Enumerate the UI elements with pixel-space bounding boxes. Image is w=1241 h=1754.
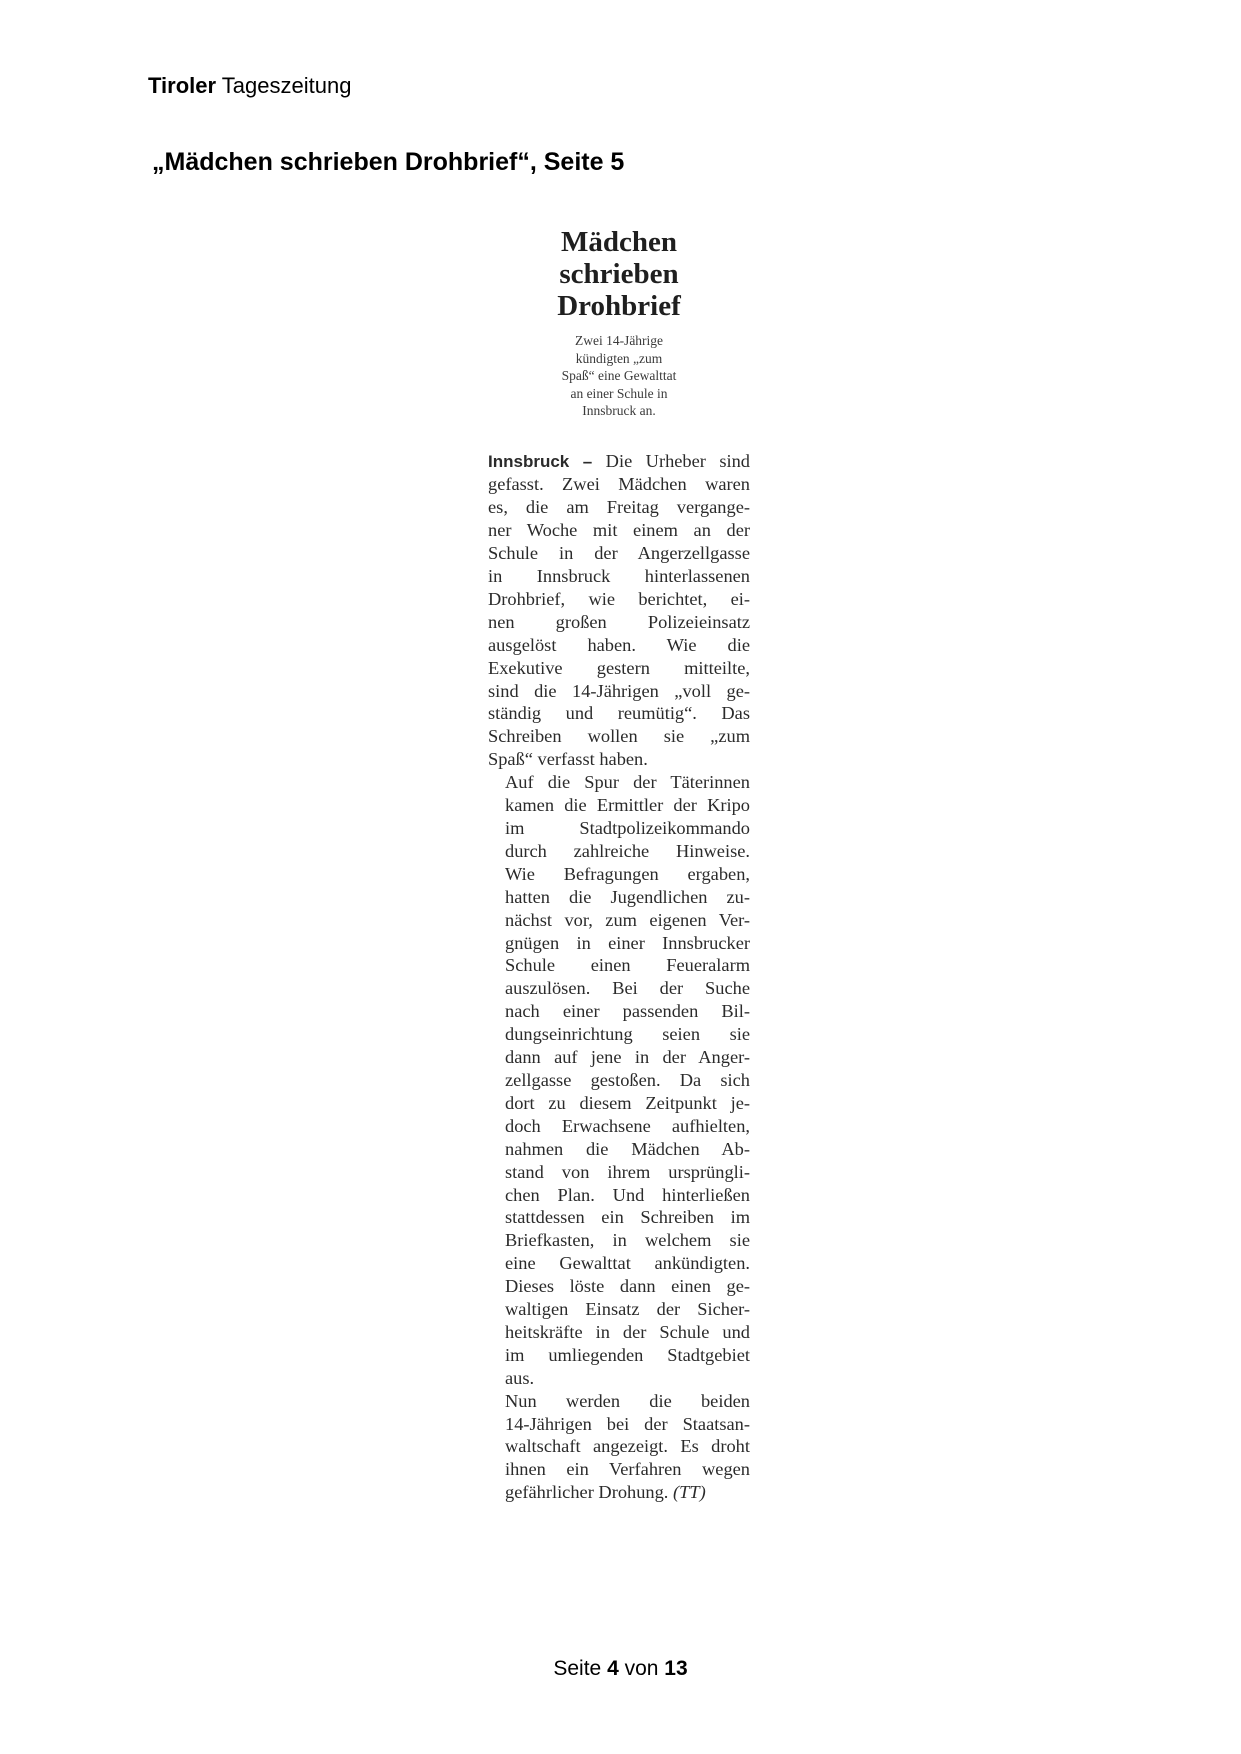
article-paragraph-3: Nun werden die beiden14-Jährigen bei der…: [488, 1390, 750, 1505]
headline-line: Drohbrief: [557, 290, 681, 322]
article-line: nach einer passenden Bil-: [488, 1000, 750, 1023]
current-page-number: 4: [607, 1657, 619, 1680]
publication-name-regular: Tageszeitung: [222, 73, 352, 98]
article-line: Schule einen Feueralarm: [488, 954, 750, 977]
article-subheadline: Zwei 14-Jährige kündigten „zum Spaß“ ein…: [544, 332, 694, 420]
article-line: nahmen die Mädchen Ab-: [488, 1138, 750, 1161]
headline-line: Mädchen: [561, 226, 677, 258]
article-line: heitskräfte in der Schule und: [488, 1321, 750, 1344]
article-line: zellgasse gestoßen. Da sich: [488, 1069, 750, 1092]
article-line: Nun werden die beiden: [488, 1390, 750, 1413]
article-line: waltigen Einsatz der Sicher-: [488, 1298, 750, 1321]
article-line: eine Gewalttat ankündigten.: [488, 1252, 750, 1275]
article-line: 14-Jährigen bei der Staatsan-: [488, 1413, 750, 1436]
article-line: hatten die Jugendlichen zu-: [488, 886, 750, 909]
article-line: ihnen ein Verfahren wegen: [488, 1458, 750, 1481]
article-line: gefährlicher Drohung. (TT): [488, 1481, 750, 1504]
article-line: dann auf jene in der Anger-: [488, 1046, 750, 1069]
article-headline: Mädchen schrieben Drohbrief: [488, 226, 750, 322]
subline-line: Innsbruck an.: [582, 403, 655, 418]
article-line: Innsbruck – Die Urheber sind: [488, 450, 750, 474]
article-line: Drohbrief, wie berichtet, ei-: [488, 588, 750, 611]
article-line: im Stadtpolizeikommando: [488, 817, 750, 840]
article-line: ner Woche mit einem an der: [488, 519, 750, 542]
article-line: durch zahlreiche Hinweise.: [488, 840, 750, 863]
page-label: Seite: [553, 1657, 601, 1680]
article-line-text: Die Urheber sind: [592, 451, 750, 471]
article-line: aus.: [488, 1367, 750, 1390]
article-paragraph-1: Innsbruck – Die Urheber sindgefasst. Zwe…: [488, 450, 750, 772]
article-line: gnügen in einer Innsbrucker: [488, 932, 750, 955]
subline-line: an einer Schule in: [570, 386, 667, 401]
article-clipping: Mädchen schrieben Drohbrief Zwei 14-Jähr…: [488, 226, 750, 1504]
article-line: sind die 14-Jährigen „voll ge-: [488, 680, 750, 703]
article-line: Briefkasten, in welchem sie: [488, 1229, 750, 1252]
article-line: ständig und reumütig“. Das: [488, 702, 750, 725]
publication-name-bold: Tiroler: [148, 73, 216, 98]
article-line: gefasst. Zwei Mädchen waren: [488, 473, 750, 496]
article-line: im umliegenden Stadtgebiet: [488, 1344, 750, 1367]
article-line: auszulösen. Bei der Suche: [488, 977, 750, 1000]
article-line: doch Erwachsene aufhielten,: [488, 1115, 750, 1138]
article-author: (TT): [673, 1482, 706, 1502]
article-line-text: gefährlicher Drohung.: [505, 1482, 673, 1502]
article-line: waltschaft angezeigt. Es droht: [488, 1435, 750, 1458]
headline-line: schrieben: [559, 258, 678, 290]
document-title: „Mädchen schrieben Drohbrief“, Seite 5: [152, 148, 624, 177]
article-line: dungseinrichtung seien sie: [488, 1023, 750, 1046]
publication-header: Tiroler Tageszeitung: [148, 73, 351, 99]
page-separator: von: [625, 1657, 659, 1680]
article-line: es, die am Freitag vergange-: [488, 496, 750, 519]
article-line: kamen die Ermittler der Kripo: [488, 794, 750, 817]
subline-line: Zwei 14-Jährige: [575, 333, 663, 348]
article-line: Wie Befragungen ergaben,: [488, 863, 750, 886]
subline-line: Spaß“ eine Gewalttat: [562, 368, 677, 383]
article-line: dort zu diesem Zeitpunkt je-: [488, 1092, 750, 1115]
article-dateline: Innsbruck –: [488, 452, 592, 471]
subline-line: kündigten „zum: [576, 351, 663, 366]
article-line: Exekutive gestern mitteilte,: [488, 657, 750, 680]
article-line: ausgelöst haben. Wie die: [488, 634, 750, 657]
article-line: Schreiben wollen sie „zum: [488, 725, 750, 748]
article-line: Spaß“ verfasst haben.: [488, 748, 750, 771]
article-line: nächst vor, zum eigenen Ver-: [488, 909, 750, 932]
article-body: Innsbruck – Die Urheber sindgefasst. Zwe…: [488, 450, 750, 1505]
article-line: nen großen Polizeieinsatz: [488, 611, 750, 634]
article-line: Schule in der Angerzellgasse: [488, 542, 750, 565]
article-line: in Innsbruck hinterlassenen: [488, 565, 750, 588]
article-line: Auf die Spur der Täterinnen: [488, 771, 750, 794]
total-pages-number: 13: [664, 1657, 687, 1680]
article-line: chen Plan. Und hinterließen: [488, 1184, 750, 1207]
article-line: stand von ihrem ursprüngli-: [488, 1161, 750, 1184]
page-footer: Seite 4 von 13: [0, 1657, 1241, 1681]
article-line: Dieses löste dann einen ge-: [488, 1275, 750, 1298]
article-line: stattdessen ein Schreiben im: [488, 1206, 750, 1229]
article-paragraph-2: Auf die Spur der Täterinnenkamen die Erm…: [488, 771, 750, 1389]
